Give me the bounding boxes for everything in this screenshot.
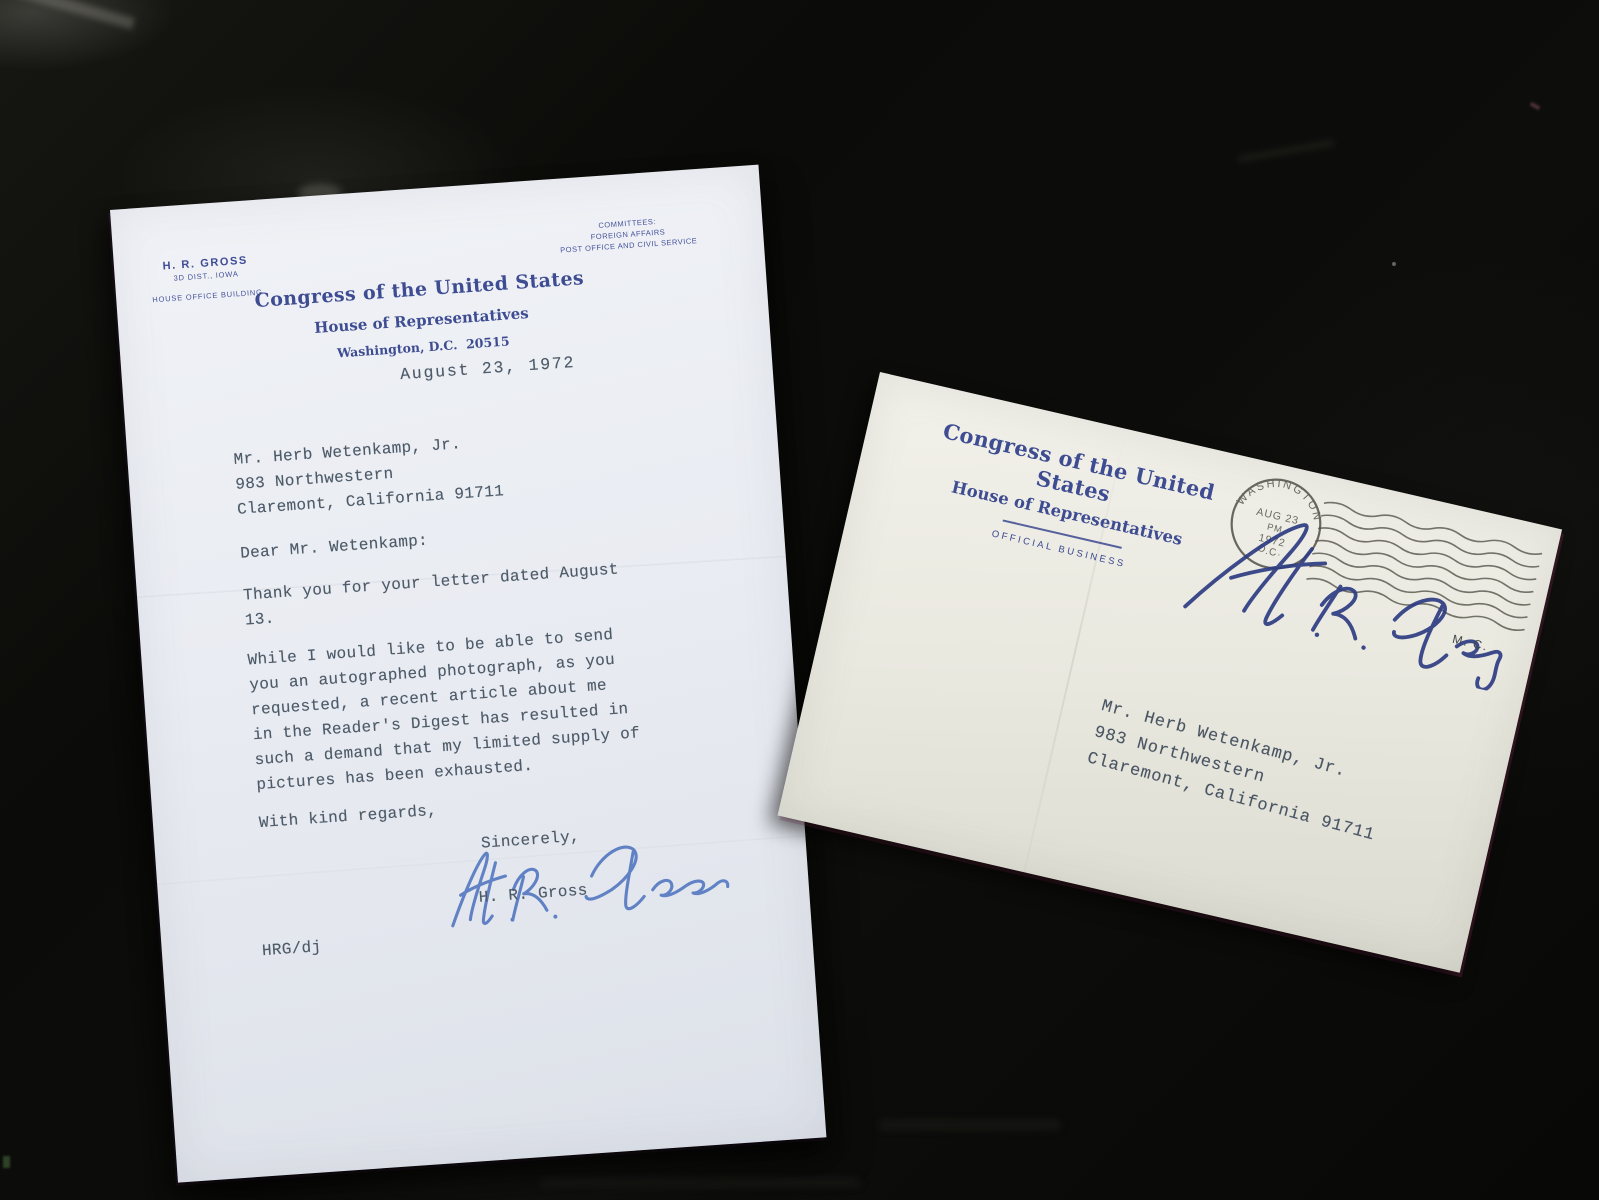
letter-date: August 23, 1972 bbox=[399, 350, 576, 387]
envelope-recipient-address: Mr. Herb Wetenkamp, Jr. 983 Northwestern… bbox=[1084, 693, 1392, 849]
background-smudge bbox=[540, 1178, 860, 1187]
reference-initials: HRG/dj bbox=[261, 935, 322, 964]
background-scratch bbox=[7, 0, 135, 30]
background-speck bbox=[1392, 262, 1396, 266]
letter-document: H. R. GROSS 3D DIST., IOWA HOUSE OFFICE … bbox=[110, 165, 826, 1183]
body-paragraph-2: While I would like to be able to send yo… bbox=[247, 622, 643, 799]
letter-signature-graphic bbox=[437, 824, 743, 945]
photo-of-letter-and-envelope: H. R. GROSS 3D DIST., IOWA HOUSE OFFICE … bbox=[0, 0, 1599, 1200]
salutation: Dear Mr. Wetenkamp: bbox=[239, 529, 428, 567]
background-smudge bbox=[880, 1120, 1060, 1130]
committees-block: COMMITTEES: FOREIGN AFFAIRS POST OFFICE … bbox=[520, 211, 736, 259]
body-paragraph-1: Thank you for your letter dated August 1… bbox=[242, 557, 621, 633]
closing-line: With kind regards, bbox=[258, 799, 438, 836]
envelope: Congress of the United States House of R… bbox=[778, 372, 1562, 973]
background-speck bbox=[3, 1156, 10, 1168]
background-scratch bbox=[1238, 140, 1334, 163]
recipient-address: Mr. Herb Wetenkamp, Jr. 983 Northwestern… bbox=[233, 429, 505, 522]
background-speck bbox=[1530, 102, 1541, 110]
